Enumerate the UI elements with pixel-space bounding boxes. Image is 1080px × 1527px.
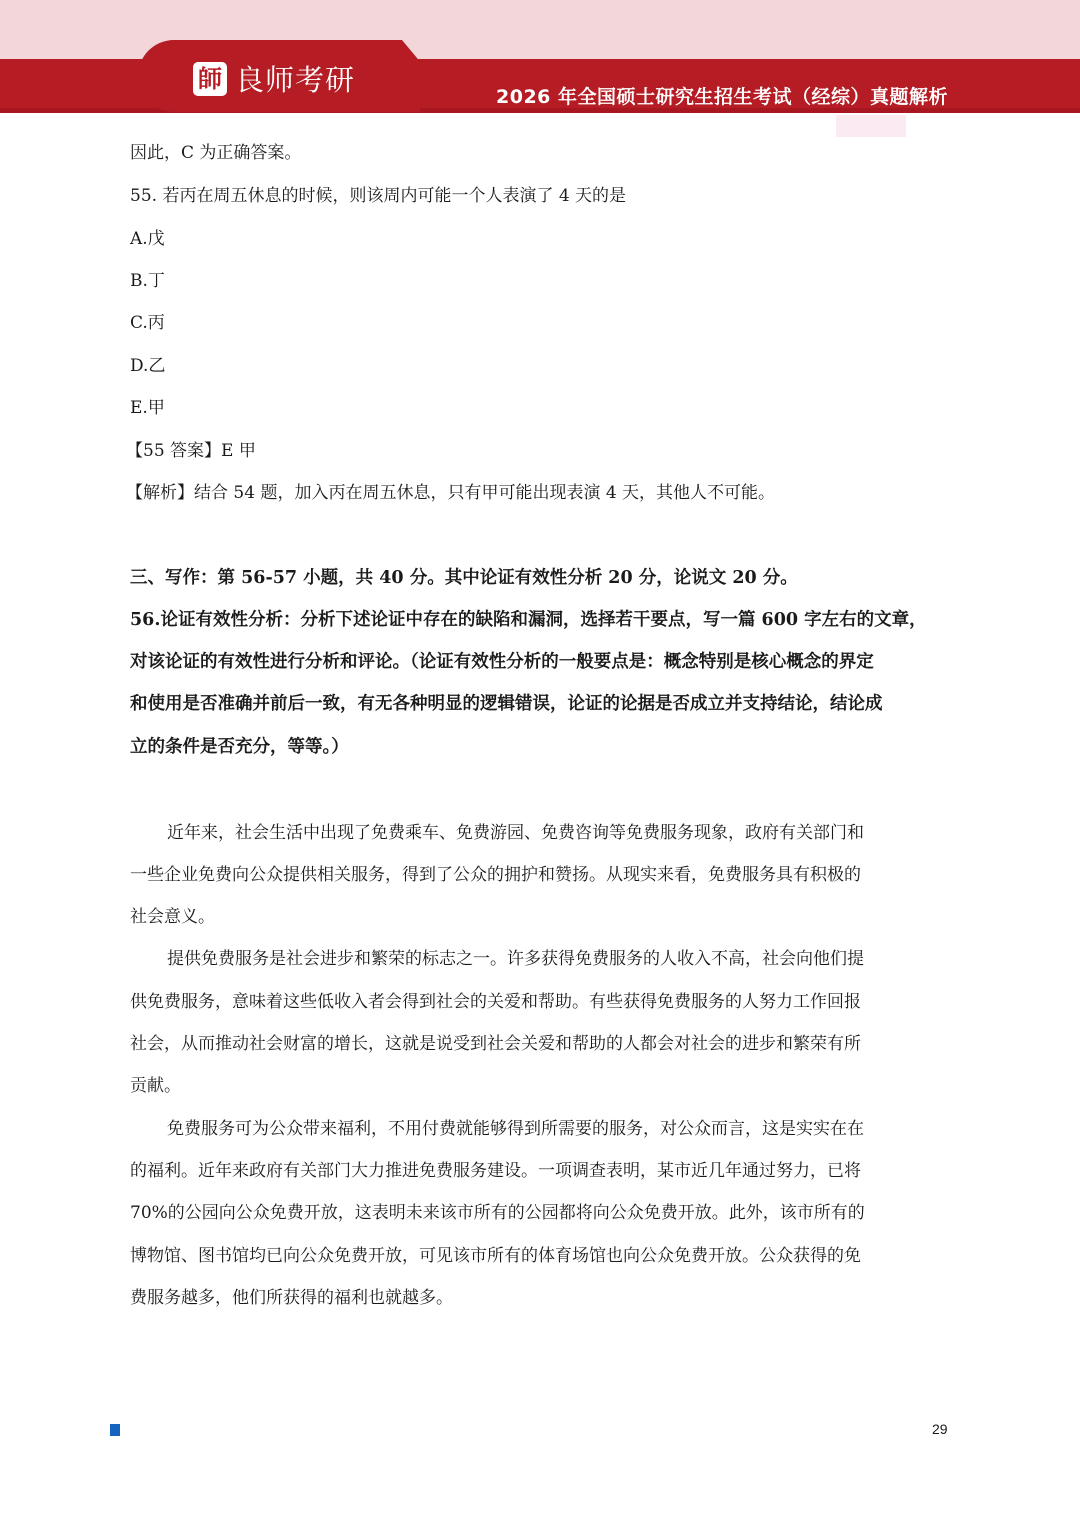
passage-p3-line-1: 免费服务可为公众带来福利，不用付费就能够得到所需要的服务，对公众而言，这是实实在… bbox=[130, 1114, 864, 1139]
brand-name: 良师考研 bbox=[235, 58, 355, 99]
q56-line-3: 和使用是否准确并前后一致，有无各种明显的逻辑错误，论证的论据是否成立并支持结论，… bbox=[130, 690, 883, 715]
question-stem: 55. 若丙在周五休息的时候，则该周内可能一个人表演了 4 天的是 bbox=[130, 181, 626, 206]
passage-p2-line-2: 供免费服务，意味着这些低收入者会得到社会的关爱和帮助。有些获得免费服务的人努力工… bbox=[130, 987, 861, 1012]
brand-mark-icon: 師 bbox=[193, 62, 227, 96]
brand-logo: 師 良师考研 bbox=[193, 58, 355, 99]
passage-p1-line-3: 社会意义。 bbox=[130, 902, 215, 927]
decorative-block bbox=[836, 115, 906, 137]
passage-p3-line-5: 费服务越多，他们所获得的福利也就越多。 bbox=[130, 1283, 453, 1308]
passage-p1-line-2: 一些企业免费向公众提供相关服务，得到了公众的拥护和赞扬。从现实来看，免费服务具有… bbox=[130, 860, 861, 885]
footer-marker-icon bbox=[110, 1424, 120, 1436]
previous-conclusion: 因此，C 为正确答案。 bbox=[130, 138, 301, 163]
analysis-text: 【解析】结合 54 题，加入丙在周五休息，只有甲可能出现表演 4 天，其他人不可… bbox=[126, 478, 775, 503]
section-title: 三、写作：第 56-57 小题，共 40 分。其中论证有效性分析 20 分，论说… bbox=[130, 564, 798, 589]
option-e: E.甲 bbox=[130, 393, 165, 418]
answer-label: 【55 答案】E 甲 bbox=[126, 436, 256, 461]
passage-p2-line-4: 贡献。 bbox=[130, 1071, 181, 1096]
passage-p1-line-1: 近年来，社会生活中出现了免费乘车、免费游园、免费咨询等免费服务现象，政府有关部门… bbox=[130, 818, 864, 843]
document-title: 2026 年全国硕士研究生招生考试（经综）真题解析 bbox=[496, 82, 948, 109]
passage-p2-line-3: 社会，从而推动社会财富的增长，这就是说受到社会关爱和帮助的人都会对社会的进步和繁… bbox=[130, 1029, 861, 1054]
passage-p3-line-2: 的福利。近年来政府有关部门大力推进免费服务建设。一项调查表明，某市近几年通过努力… bbox=[130, 1156, 861, 1181]
q56-line-2: 对该论证的有效性进行分析和评论。（论证有效性分析的一般要点是：概念特别是核心概念… bbox=[130, 648, 874, 673]
page-number: 29 bbox=[932, 1421, 948, 1437]
q56-line-1: 56.论证有效性分析：分析下述论证中存在的缺陷和漏洞，选择若干要点，写一篇 60… bbox=[130, 606, 927, 631]
option-b: B.丁 bbox=[130, 266, 165, 291]
option-d: D.乙 bbox=[130, 351, 165, 376]
option-a: A.戊 bbox=[130, 224, 165, 249]
passage-p3-line-4: 博物馆、图书馆均已向公众免费开放，可见该市所有的体育场馆也向公众免费开放。公众获… bbox=[130, 1241, 861, 1266]
passage-p3-line-3: 70%的公园向公众免费开放，这表明未来该市所有的公园都将向公众免费开放。此外，该… bbox=[130, 1198, 865, 1223]
q56-line-4: 立的条件是否充分，等等。） bbox=[130, 733, 349, 758]
option-c: C.丙 bbox=[130, 308, 165, 333]
passage-p2-line-1: 提供免费服务是社会进步和繁荣的标志之一。许多获得免费服务的人收入不高，社会向他们… bbox=[130, 944, 864, 969]
